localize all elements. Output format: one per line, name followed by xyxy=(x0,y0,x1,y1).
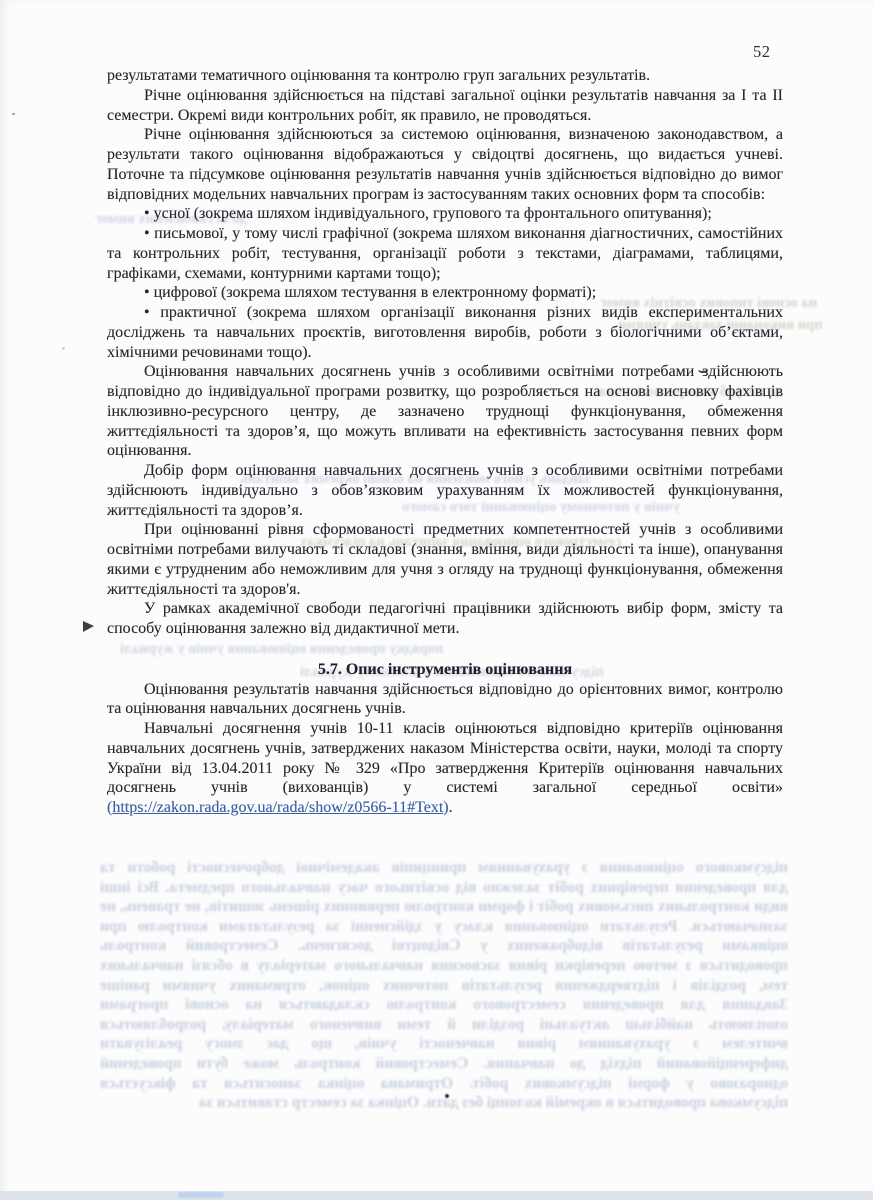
paragraph: При оцінюванні рівня сформованості предм… xyxy=(107,520,783,599)
pen-arrow-mark xyxy=(83,621,94,632)
bleedthrough-line: підсумкового оцінювання з урахуванням пр… xyxy=(100,858,788,878)
period: . xyxy=(449,799,453,816)
document-body: результатами тематичного оцінювання та к… xyxy=(107,66,783,818)
bleedthrough-line: для проведення перевірних робіт залежно … xyxy=(100,878,788,898)
pen-squiggle-mark xyxy=(698,366,707,373)
bullet-item: • практичної (зокрема шляхом організації… xyxy=(107,303,783,362)
bleedthrough-line: види контрольних письмових робіт і форми… xyxy=(100,897,788,917)
section-heading: 5.7. Опис інструментів оцінювання xyxy=(107,660,783,680)
bleedthrough-line: Завдання для проведення семестрового кон… xyxy=(100,995,788,1015)
scanner-edge-speck xyxy=(178,1192,224,1198)
bleedthrough-line: вчителем з урахуванням рівня навченості … xyxy=(100,1034,788,1054)
bleedthrough-line: охоплюють найбільш актуальні розділи й т… xyxy=(100,1015,788,1035)
scanned-page: { "page": { "number": "52" }, "colors": … xyxy=(0,0,873,1200)
paragraph: Оцінювання навчальних досягнень учнів з … xyxy=(107,362,783,461)
paragraph-text: Навчальні досягнення учнів 10-11 класів … xyxy=(107,720,783,796)
scanner-edge-strip xyxy=(0,1191,873,1200)
bleedthrough-line: одноразово у формі підсумкових робіт. От… xyxy=(100,1074,788,1094)
legislation-link[interactable]: https://zakon.rada.gov.ua/rada/show/z056… xyxy=(112,799,443,816)
bleedthrough-line: диференційований підхід до навчання. Сем… xyxy=(100,1054,788,1074)
paragraph: Оцінювання результатів навчання здійснює… xyxy=(107,680,783,720)
paragraph-with-link: Навчальні досягнення учнів 10-11 класів … xyxy=(107,719,783,818)
page-number: 52 xyxy=(753,42,771,62)
bleedthrough-line: зазначаються. Результати оцінювання клас… xyxy=(100,917,788,937)
paragraph: У рамках академічної свободи педагогічні… xyxy=(107,599,783,639)
bleedthrough-line: проводиться з метою перевірки рівня засв… xyxy=(100,956,788,976)
bleedthrough-line: оцінками результатів відображених у Свід… xyxy=(100,936,788,956)
bullet-item: • письмової, у тому числі графічної (зок… xyxy=(107,224,783,283)
scan-speck xyxy=(12,113,15,115)
paragraph: Річне оцінювання здійснюються за системо… xyxy=(107,125,783,204)
ink-dot xyxy=(445,1094,449,1098)
bleedthrough-line: підсумкова проводиться в окремій колонці… xyxy=(100,1093,788,1113)
bleedthrough-line: тем, розділів і підтвердження результаті… xyxy=(100,976,788,996)
bleedthrough-text-block: підсумкового оцінювання з урахуванням пр… xyxy=(100,858,788,1113)
paragraph: Добір форм оцінювання навчальних досягне… xyxy=(107,461,783,520)
scan-speck xyxy=(62,347,65,350)
paragraph: результатами тематичного оцінювання та к… xyxy=(107,66,783,86)
paragraph: Річне оцінювання здійснюється на підстав… xyxy=(107,86,783,126)
bullet-item: • цифрової (зокрема шляхом тестування в … xyxy=(107,283,783,303)
bullet-item: • усної (зокрема шляхом індивідуального,… xyxy=(107,204,783,224)
